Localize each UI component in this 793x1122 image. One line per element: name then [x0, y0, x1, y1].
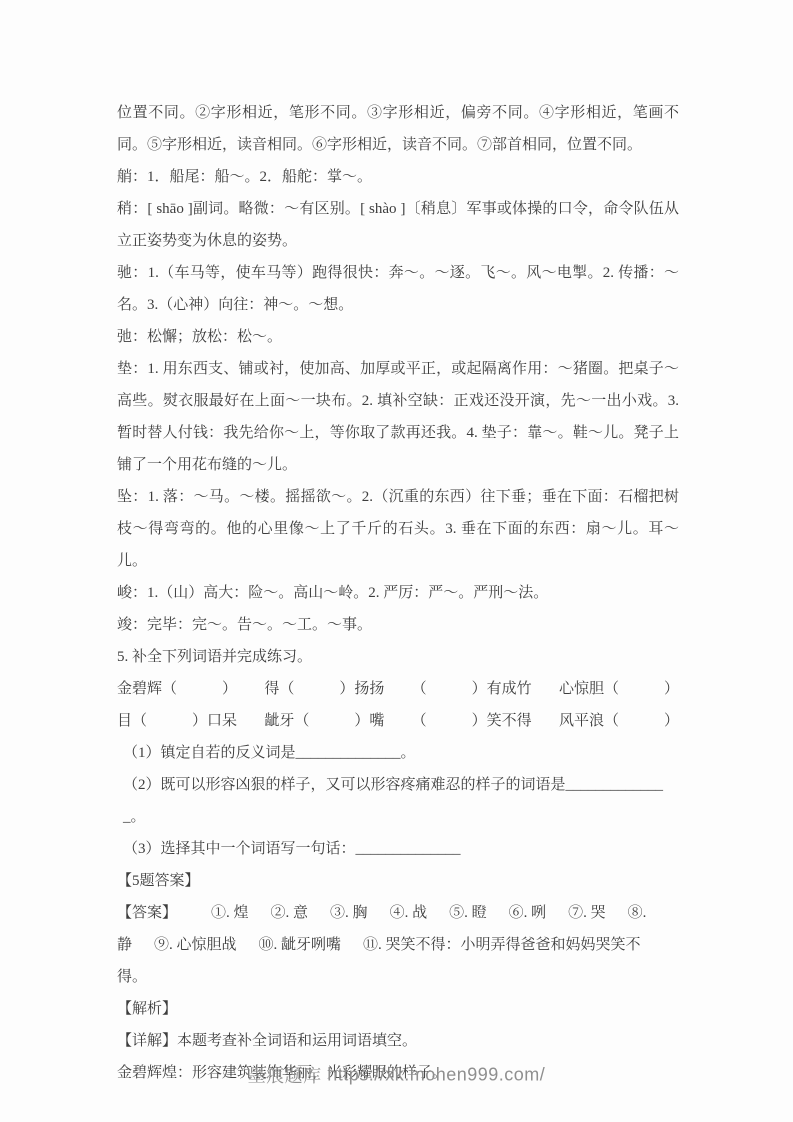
answer-item: ③. 胸: [330, 905, 368, 921]
word-blank-item: 金碧辉（ ）: [117, 673, 237, 705]
definition-shao1: 艄：1．船尾：船～。2．船舵：掌～。: [117, 161, 679, 193]
watermark-footer: 墨痕题库 https://xk.mohen999.com/: [0, 1062, 793, 1088]
question-5-title: 5. 补全下列词语并完成练习。: [117, 641, 679, 673]
word-blank-item: 得（ ）扬扬: [264, 673, 384, 705]
definition-chi1: 驰：1.（车马等，使车马等）跑得很快：奔～。～逐。飞～。风～电掣。2. 传播：～…: [117, 257, 679, 321]
answers-label: 【答案】: [117, 905, 177, 921]
definition-shao2: 稍：[ shāo ]副词。略微：～有区别。[ shào ]〔稍息〕军事或体操的口…: [117, 193, 679, 257]
sub-question-2: （2）既可以形容凶狠的样子，又可以形容疼痛难忍的样子的词语是__________…: [117, 769, 679, 833]
answer-item: ②. 意: [271, 905, 309, 921]
answer-item: ⑩. 龇牙咧嘴: [259, 937, 342, 953]
definition-jun1: 峻：1.（山）高大：险～。高山～岭。2. 严厉：严～。严刑～法。: [117, 577, 679, 609]
word-blank-item: 心惊胆（ ）: [559, 673, 679, 705]
answers-line: 【答案】①. 煌②. 意③. 胸④. 战⑤. 瞪⑥. 咧⑦. 哭⑧. 静⑨. 心…: [117, 897, 679, 993]
word-blank-row-1: 金碧辉（ ）得（ ）扬扬（ ）有成竹心惊胆（ ）: [117, 673, 679, 705]
word-blank-item: 龇牙（ ）嘴: [264, 705, 384, 737]
answer-section-header: 【5题答案】: [117, 865, 679, 897]
definition-dian: 垫：1. 用东西支、铺或衬，使加高、加厚或平正，或起隔离作用：～猪圈。把桌子～高…: [117, 353, 679, 481]
sub-question-1: （1）镇定自若的反义词是______________。: [117, 737, 679, 769]
answer-item: ⑨. 心惊胆战: [154, 937, 237, 953]
definition-paragraph-continuation: 位置不同。②字形相近，笔形不同。③字形相近，偏旁不同。④字形相近，笔画不同。⑤字…: [117, 97, 679, 161]
analysis-detail: 【详解】本题考查补全词语和运用词语填空。: [117, 1025, 679, 1057]
sub-question-3: （3）选择其中一个词语写一句话：______________: [117, 833, 679, 865]
word-blank-item: 风平浪（ ）: [559, 705, 679, 737]
definition-chi2: 弛：松懈；放松：松～。: [117, 321, 679, 353]
word-blank-item: （ ）笑不得: [412, 705, 532, 737]
word-blank-row-2: 目（ ）口呆龇牙（ ）嘴（ ）笑不得风平浪（ ）: [117, 705, 679, 737]
answer-item: ⑦. 哭: [568, 905, 606, 921]
answer-item: ④. 战: [390, 905, 428, 921]
answer-item: ⑥. 咧: [509, 905, 547, 921]
document-content: 位置不同。②字形相近，笔形不同。③字形相近，偏旁不同。④字形相近，笔画不同。⑤字…: [117, 0, 679, 1089]
watermark-url: https://xk.mohen999.com/: [327, 1065, 545, 1085]
answer-item: ⑤. 瞪: [449, 905, 487, 921]
word-blank-item: 目（ ）口呆: [117, 705, 237, 737]
watermark-brand: 墨痕题库: [248, 1066, 322, 1086]
definition-zhui: 坠：1. 落：～马。～楼。摇摇欲～。2.（沉重的东西）往下垂；垂在下面：石榴把树…: [117, 481, 679, 577]
document-page: 位置不同。②字形相近，笔形不同。③字形相近，偏旁不同。④字形相近，笔画不同。⑤字…: [0, 0, 793, 1122]
definition-jun2: 竣：完毕：完～。告～。～工。～事。: [117, 609, 679, 641]
analysis-header: 【解析】: [117, 993, 679, 1025]
answer-item: ①. 煌: [211, 905, 249, 921]
word-blank-item: （ ）有成竹: [412, 673, 532, 705]
